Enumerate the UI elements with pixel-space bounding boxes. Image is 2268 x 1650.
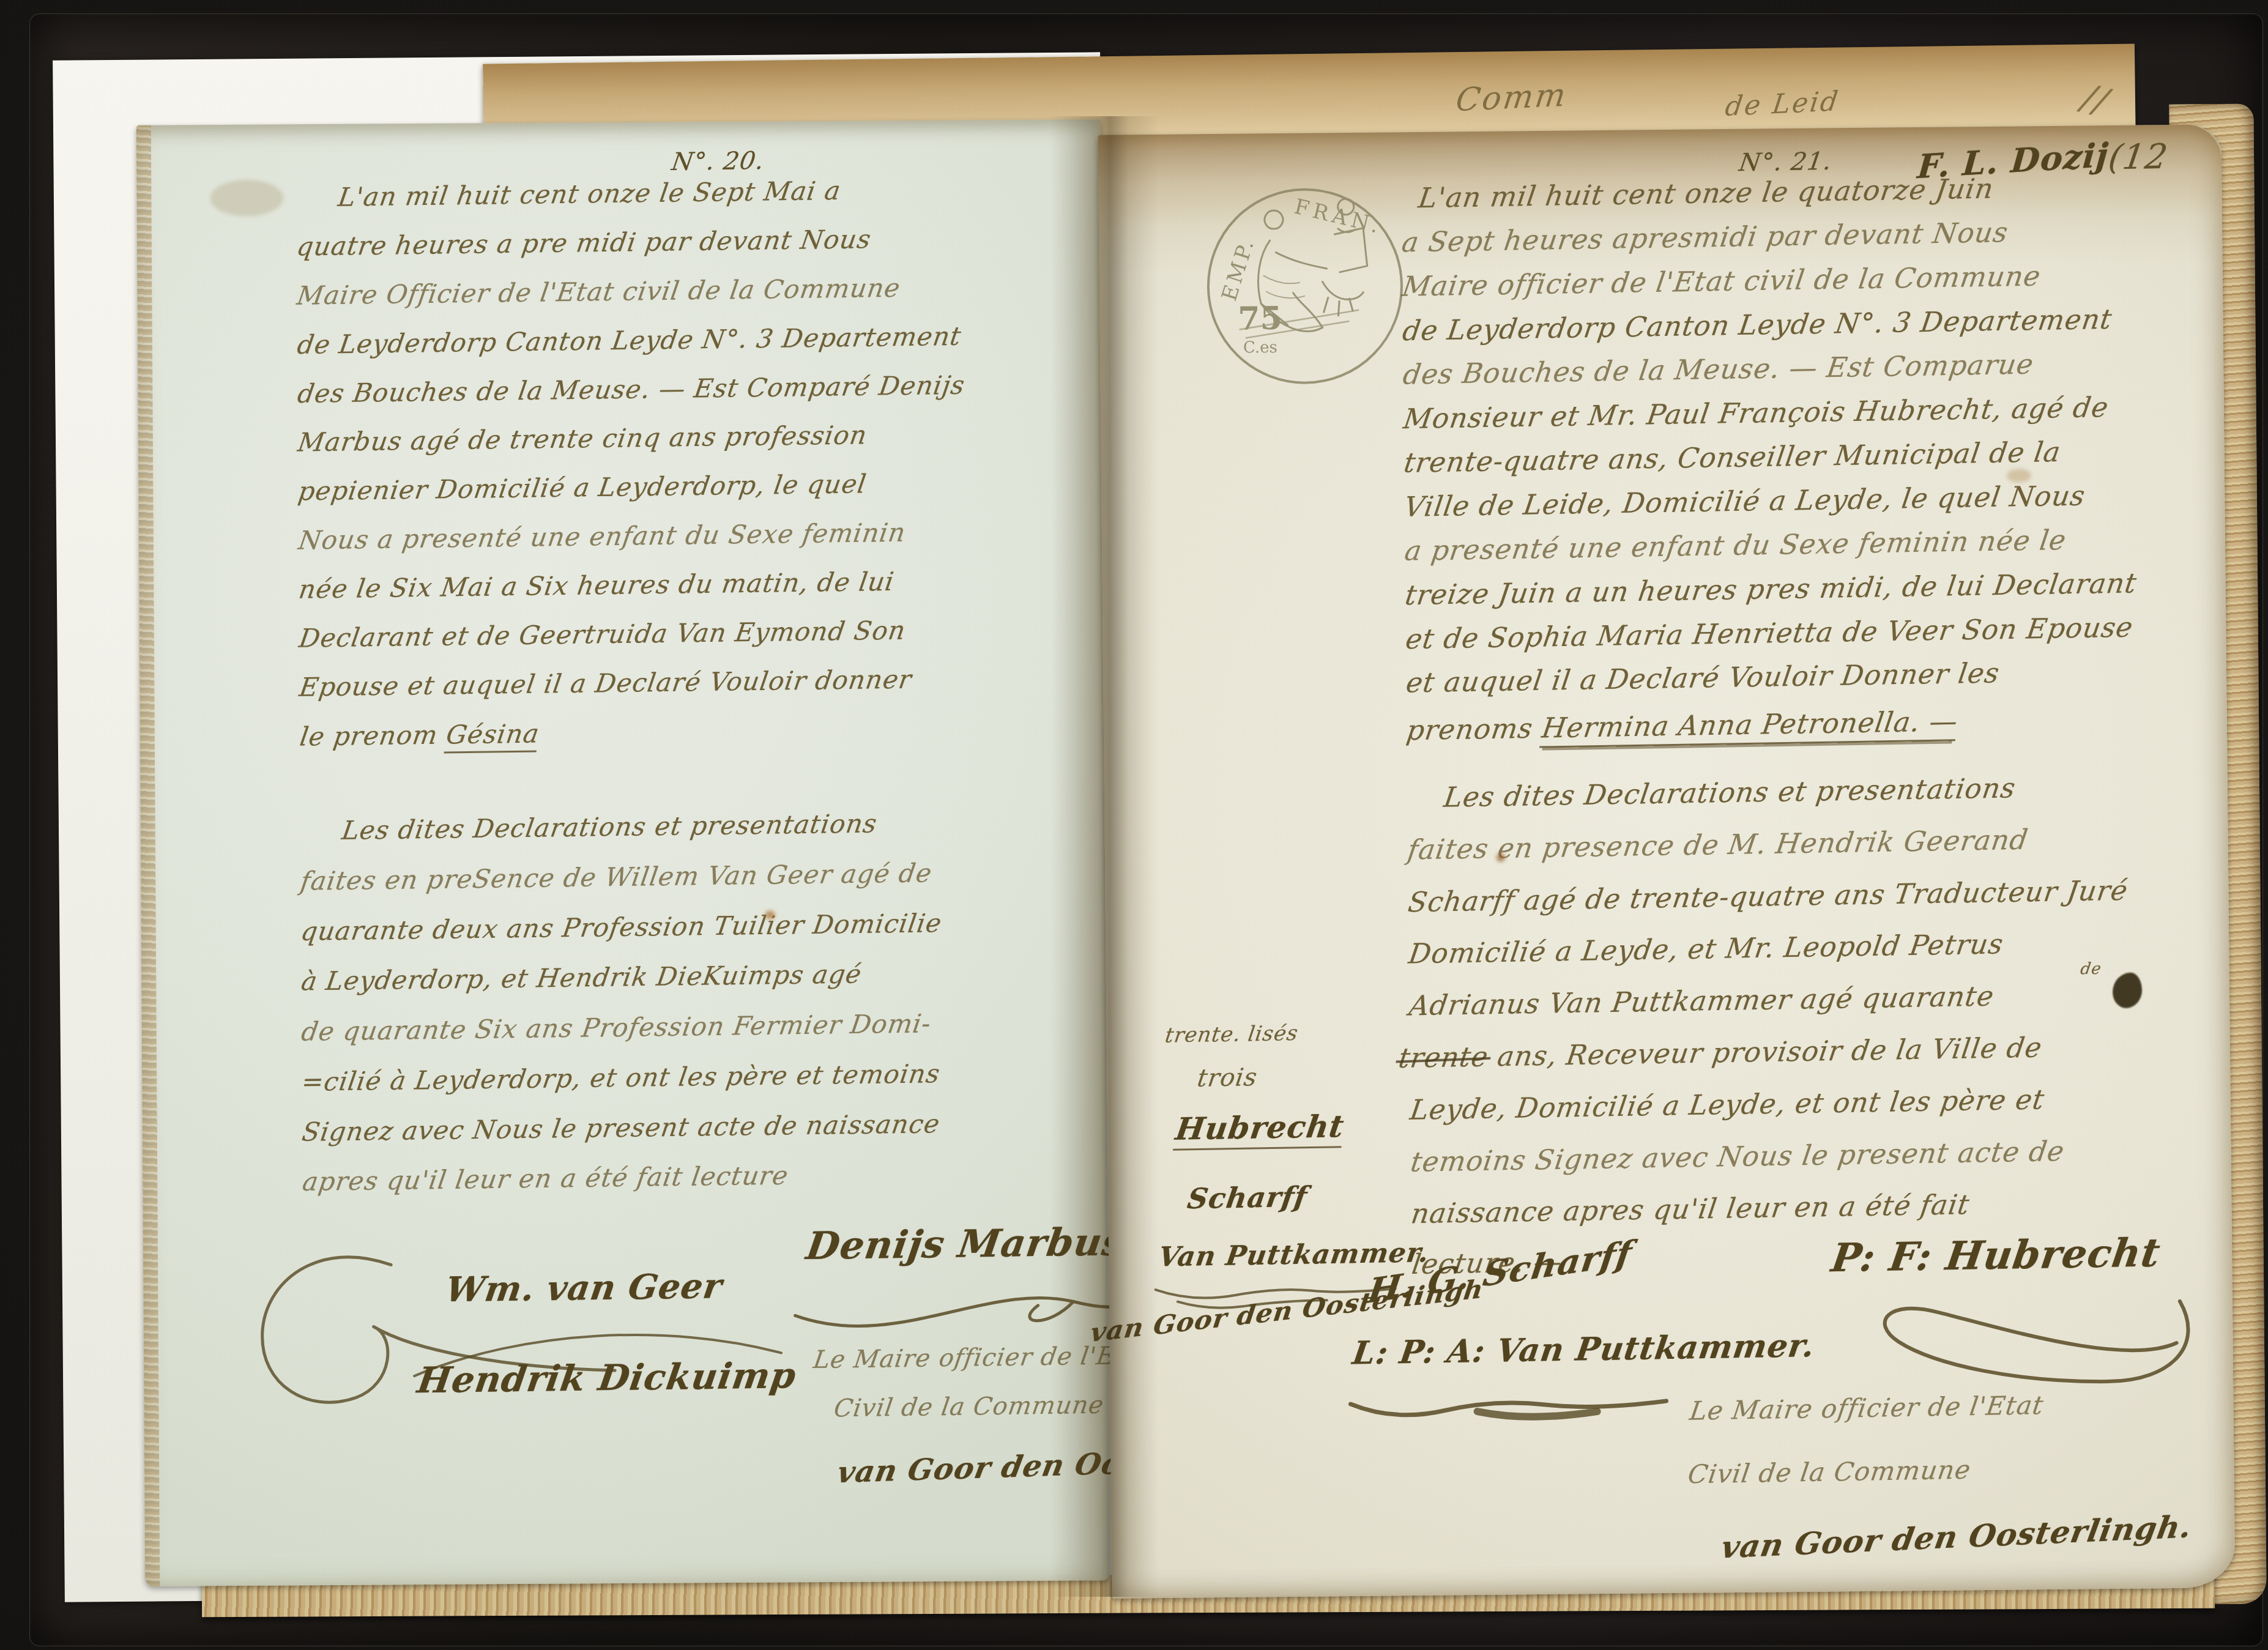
right-page-act-21: FRAN. EMP. 75 C.es N°. 21. F. L. Dozij (…	[1098, 124, 2236, 1599]
text-line: de Leyderdorp Canton Leyde N°. 3 Departe…	[1400, 303, 2114, 347]
text-line: quarante deux ans Profession Tuilier Dom…	[299, 908, 944, 946]
given-names-hermina-anna-petronella: Hermina Anna Petronella. —	[1539, 705, 1960, 748]
margin-signature-label: Hubrecht	[1173, 1108, 1347, 1151]
text-line: Signez avec Nous le present acte de nais…	[300, 1109, 942, 1147]
text-line: Maire Officier de l'Etat civil de la Com…	[295, 273, 902, 311]
text-line: ans, Receveur provisoir de la Ville de	[1486, 1031, 2045, 1072]
given-name-prefix: le prenom	[298, 719, 448, 751]
signature-witness-van-geer: Wm. van Geer	[443, 1266, 725, 1310]
stamp-text-fran: FRAN.	[1292, 195, 1385, 239]
text-line: et auquel il a Declaré Vouloir Donner le…	[1404, 656, 2002, 699]
page-number: (12	[2106, 137, 2170, 178]
superscript-correction: de	[2080, 960, 2103, 979]
revenue-stamp-75c: FRAN. EMP. 75 C.es	[1201, 182, 1408, 390]
text-line: L'an mil huit cent onze le Sept Mai a	[336, 176, 842, 212]
margin-correction: trois	[1195, 1063, 1259, 1093]
stamp-value: 75	[1238, 300, 1282, 338]
mayor-title-line: Le Maire officier de l'Etat	[1688, 1390, 2046, 1426]
signature-declarant-marbus: Denijs Marbus	[803, 1219, 1128, 1268]
margin-correction: trente. lisés	[1164, 1021, 1300, 1048]
text-line: Nous a presenté une enfant du Sexe femin…	[297, 518, 908, 556]
text-line: =cilié à Leyderdorp, et ont les père et …	[300, 1058, 942, 1097]
behind-page-fragment: de Leid	[1723, 86, 1842, 122]
struck-word-trente: trente	[1397, 1040, 1491, 1074]
stamp-eagle	[1322, 281, 1364, 317]
text-line: Scharff agé de trente-quatre ans Traduct…	[1406, 874, 2130, 919]
signature-flourish	[1345, 1378, 1689, 1430]
text-line: Monsieur et Mr. Paul François Hubrecht, …	[1402, 391, 2111, 435]
signature-witness-dickuimp: Hendrik Dickuimp	[415, 1355, 799, 1401]
text-line: Ville de Leide, Domicilié a Leyde, le qu…	[1402, 479, 2088, 523]
text-line: des Bouches de la Meuse. — Est Comparé D…	[296, 370, 967, 409]
text-line: de quarante Six ans Profession Fermier D…	[300, 1008, 934, 1047]
text-line: et de Sophia Maria Henrietta de Veer Son…	[1404, 611, 2135, 655]
text-line: des Bouches de la Meuse. — Est Comparue	[1401, 348, 2036, 391]
left-page-act-20: N°. 20. L'an mil huit cent onze le Sept …	[136, 119, 1110, 1586]
mayor-title-line: Civil de la Commune	[1686, 1455, 1973, 1490]
act-number-20: N°. 20.	[670, 147, 767, 176]
text-line: de Leyderdorp Canton Leyde N°. 3 Departe…	[296, 321, 964, 360]
given-names-prefix: prenoms	[1405, 712, 1545, 747]
ink-blot	[2113, 973, 2143, 1008]
mayor-title-line: Civil de la Commune	[832, 1391, 1106, 1423]
text-line: à Leyderdorp, et Hendrik DieKuimps agé	[299, 959, 864, 996]
text-line: Marbus agé de trente cinq ans profession	[296, 420, 869, 457]
text-line: temoins Signez avec Nous le present acte…	[1408, 1135, 2067, 1178]
text-line: apres qu'il leur en a été fait lecture	[300, 1161, 790, 1197]
given-names-line: prenoms Hermina Anna Petronella. —	[1405, 705, 1960, 746]
given-name-gesina: Gésina	[444, 718, 541, 753]
text-line: Adrianus Van Puttkammer agé quarante	[1407, 980, 1996, 1022]
act-number-21: N°. 21.	[1738, 147, 1834, 177]
stamp-text-emp: EMP.	[1217, 234, 1260, 304]
signature-mayor: van Goor den Oosterlingh.	[1719, 1508, 2195, 1565]
text-line: Domicilié a Leyde, et Mr. Leopold Petrus	[1407, 927, 2006, 970]
text-line: Leyde, Domicilié a Leyde, et ont les pèr…	[1408, 1083, 2047, 1126]
given-name-line: le prenom Gésina	[298, 718, 541, 751]
text-line: a presenté une enfant du Sexe feminin né…	[1403, 524, 2069, 567]
mayor-title-line: Le Maire officier de l'Etat	[811, 1342, 1153, 1374]
margin-signature-scharff: Scharff	[1185, 1180, 1309, 1215]
text-line: née le Six Mai a Six heures du matin, de…	[297, 567, 896, 604]
text-line: Epouse et auquel il a Declaré Vouloir do…	[297, 664, 914, 702]
scanned-register-photo: Comm de Leid ∕∕ N°. 20. L'an mil huit ce…	[0, 0, 2268, 1650]
text-line-struck: trente ans, Receveur provisoir de la Vil…	[1397, 1031, 2045, 1074]
text-line: naissance apres qu'il leur en a été fait	[1409, 1188, 1972, 1230]
foxing-spot	[765, 910, 775, 919]
text-line: quatre heures a pre midi par devant Nous	[295, 224, 873, 261]
stamp-figure-hatch	[1263, 275, 1305, 299]
text-line: pepienier Domicilié a Leyderdorp, le que…	[296, 469, 868, 506]
text-line: Declarant et de Geertruida Van Eymond So…	[297, 615, 908, 653]
text-line: Les dites Declarations et presentations	[1442, 771, 2018, 814]
text-line: trente-quatre ans, Conseiller Municipal …	[1402, 436, 2063, 479]
text-line: treize Juin a un heures pres midi, de lu…	[1403, 567, 2139, 611]
text-line-corrected: Adrianus Van Puttkammer agé quarante de	[1407, 980, 1996, 1022]
margin-signature-hubrecht: Hubrecht	[1173, 1108, 1347, 1147]
signature-declarant-hubrecht: P: F: Hubrecht	[1829, 1230, 2163, 1281]
text-line: faites en preSence de Willem Van Geer ag…	[299, 858, 934, 896]
stamp-unit: C.es	[1243, 338, 1277, 357]
margin-signature-puttkammer: Van Puttkammer.	[1156, 1237, 1431, 1273]
foxing-spot	[1497, 853, 1505, 862]
text-line: Les dites Declarations et presentations	[340, 808, 879, 845]
paper-smudge	[210, 179, 283, 217]
behind-page-fragment: Comm	[1454, 76, 1569, 119]
signature-witness-puttkammer: L: P: A: Van Puttkammer.	[1350, 1327, 1817, 1372]
